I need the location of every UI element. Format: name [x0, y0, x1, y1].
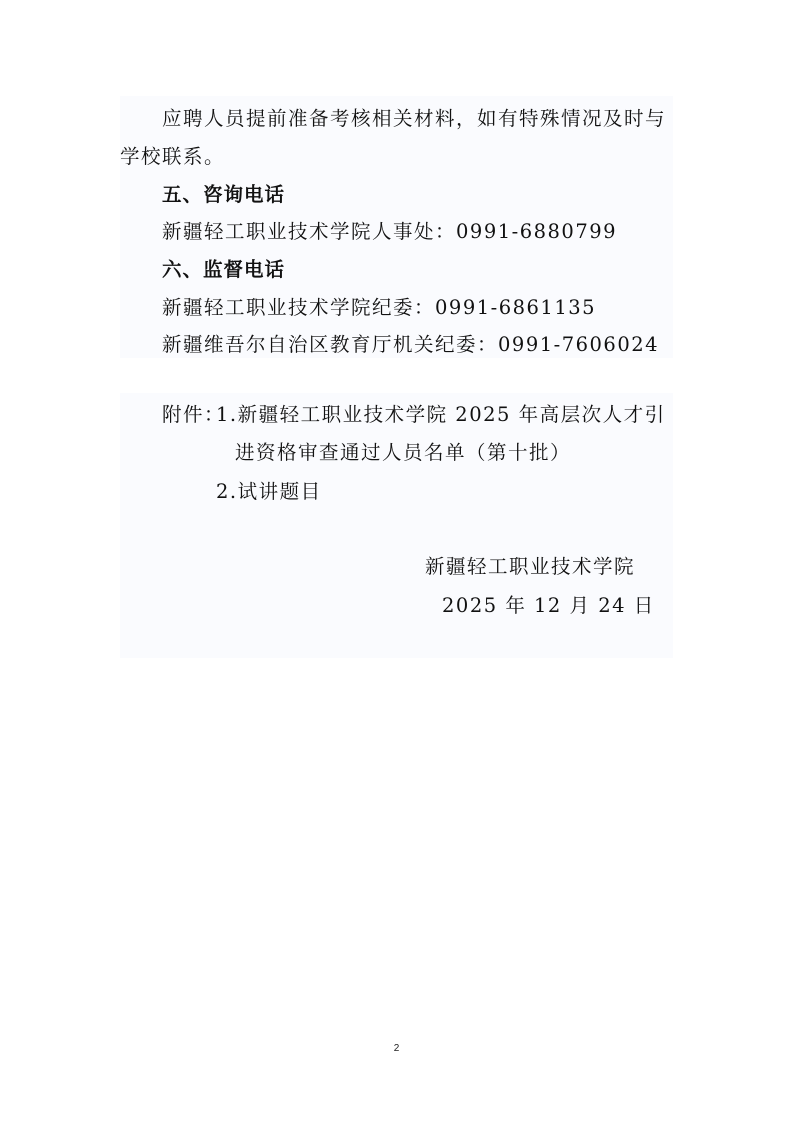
- signature-org: 新疆轻工职业技术学院: [425, 555, 635, 579]
- signature-date: 2025 年 12 月 24 日: [442, 594, 655, 618]
- consult-phone: 新疆轻工职业技术学院人事处：0991-6880799: [162, 220, 617, 244]
- page-number: 2: [0, 1043, 793, 1054]
- attachment-item-2: 2.试讲题目: [216, 480, 322, 504]
- heading-consult: 五、咨询电话: [162, 183, 285, 207]
- attachment-item-1: 1.新疆轻工职业技术学院 2025 年高层次人才引: [216, 403, 666, 427]
- heading-supervise: 六、监督电话: [162, 258, 285, 282]
- intro-line-1: 应聘人员提前准备考核相关材料，如有特殊情况及时与: [162, 107, 666, 131]
- attachment-item-1-cont: 进资格审查通过人员名单（第十批）: [235, 441, 571, 465]
- supervise-phone-1: 新疆轻工职业技术学院纪委：0991-6861135: [162, 296, 596, 320]
- attachment-block: [120, 393, 673, 658]
- supervise-phone-2: 新疆维吾尔自治区教育厅机关纪委：0991-7606024: [162, 333, 659, 357]
- intro-line-2: 学校联系。: [120, 145, 225, 169]
